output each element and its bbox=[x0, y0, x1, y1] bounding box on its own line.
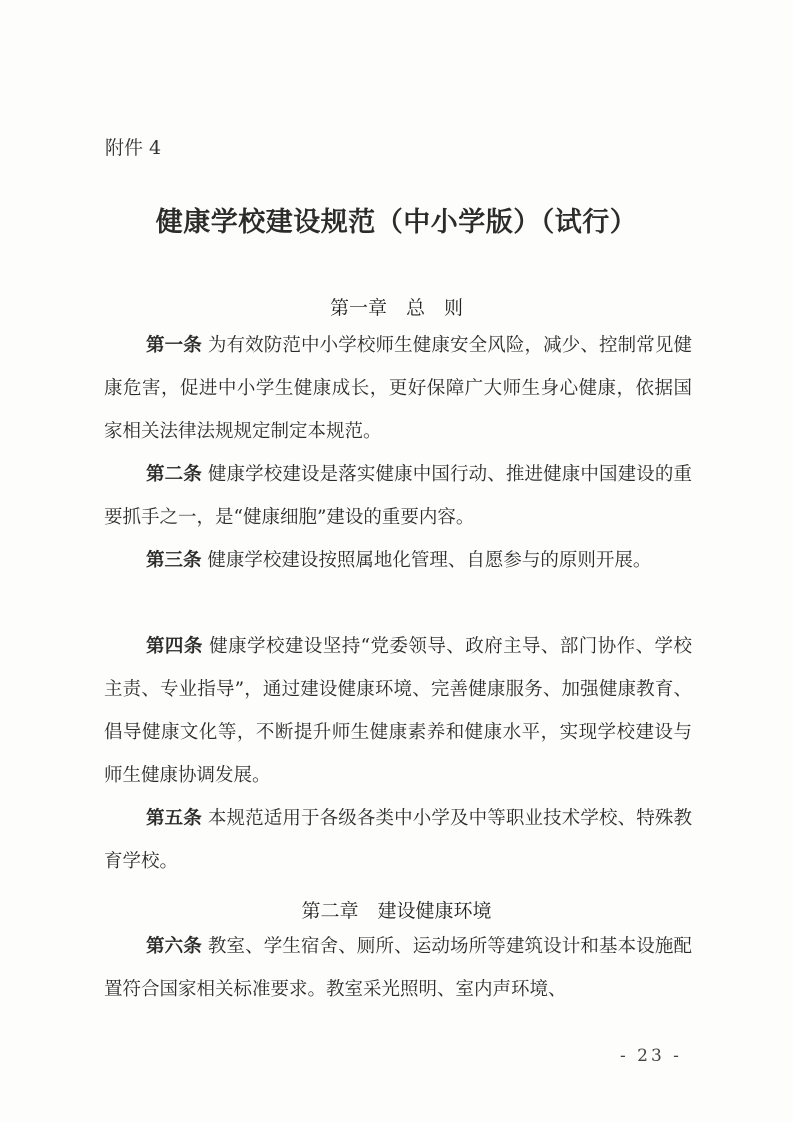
article-lead: 第三条 bbox=[146, 550, 202, 571]
chapter-heading-1: 第一章 总 则 bbox=[0, 293, 793, 320]
article-lead: 第六条 bbox=[146, 936, 202, 957]
article-6: 第六条 教室、学生宿舍、厕所、运动场所等建筑设计和基本设施配置符合国家相关标准要… bbox=[104, 925, 692, 1011]
article-lead: 第二条 bbox=[146, 464, 202, 485]
article-4: 第四条 健康学校建设坚持“党委领导、政府主导、部门协作、学校主责、专业指导”，通… bbox=[104, 625, 692, 797]
article-5: 第五条 本规范适用于各级各类中小学及中等职业技术学校、特殊教育学校。 bbox=[104, 797, 692, 883]
article-2: 第二条 健康学校建设是落实健康中国行动、推进健康中国建设的重要抓手之一，是“健康… bbox=[104, 453, 692, 539]
article-text: 健康学校建设坚持“党委领导、政府主导、部门协作、学校主责、专业指导”，通过建设健… bbox=[104, 636, 692, 786]
article-lead: 第五条 bbox=[146, 808, 202, 829]
attachment-label: 附件 4 bbox=[105, 133, 161, 160]
article-1: 第一条 为有效防范中小学校师生健康安全风险，减少、控制常见健康危害，促进中小学生… bbox=[104, 324, 692, 453]
article-text: 健康学校建设按照属地化管理、自愿参与的原则开展。 bbox=[207, 550, 651, 571]
document-title: 健康学校建设规范（中小学版）（试行） bbox=[0, 200, 793, 239]
article-lead: 第四条 bbox=[146, 636, 203, 657]
article-3: 第三条 健康学校建设按照属地化管理、自愿参与的原则开展。 bbox=[104, 539, 692, 582]
article-lead: 第一条 bbox=[146, 335, 202, 356]
page-number: - 23 - bbox=[620, 1046, 682, 1066]
chapter-heading-2: 第二章 建设健康环境 bbox=[0, 896, 793, 923]
